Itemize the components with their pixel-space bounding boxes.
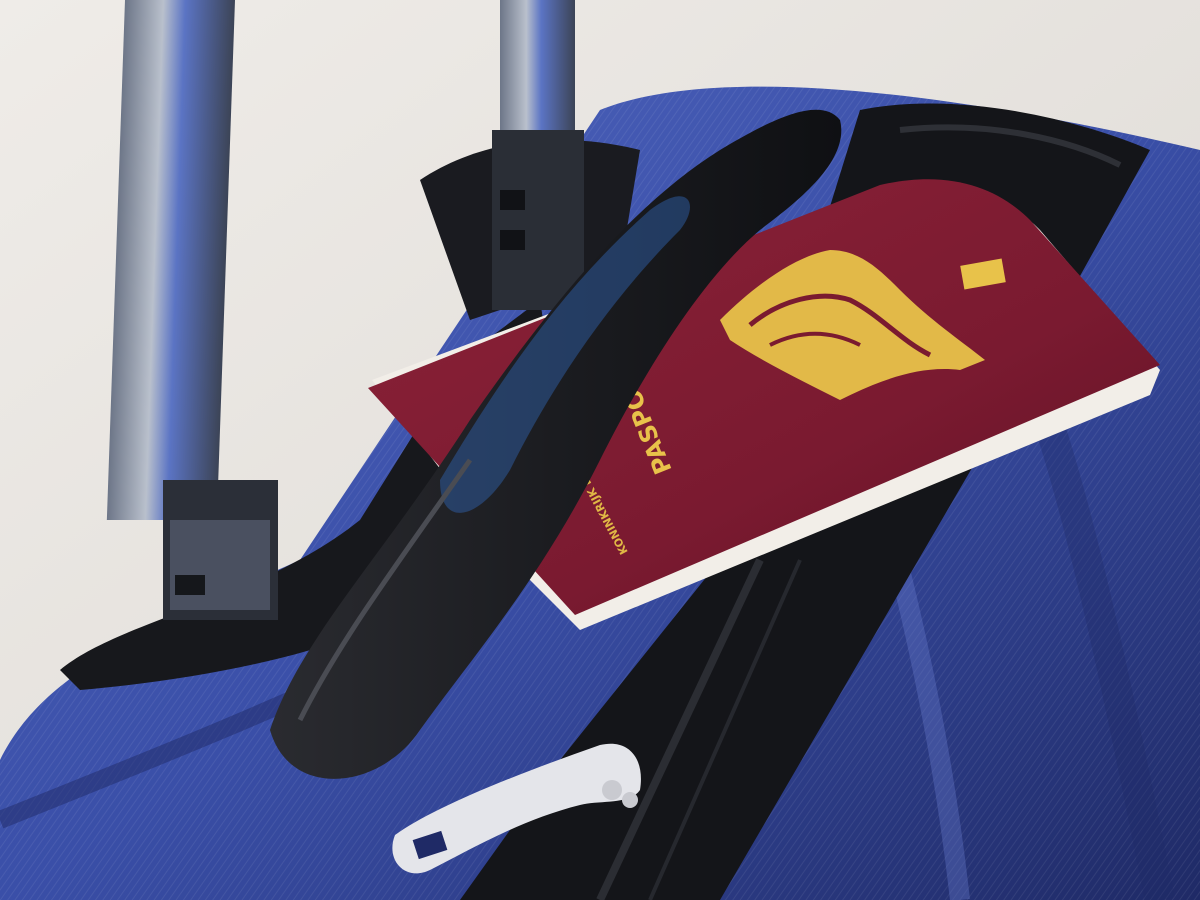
photo-scene: PASPOORT KONINKRIJK DER NEDERLANDEN — [0, 0, 1200, 900]
